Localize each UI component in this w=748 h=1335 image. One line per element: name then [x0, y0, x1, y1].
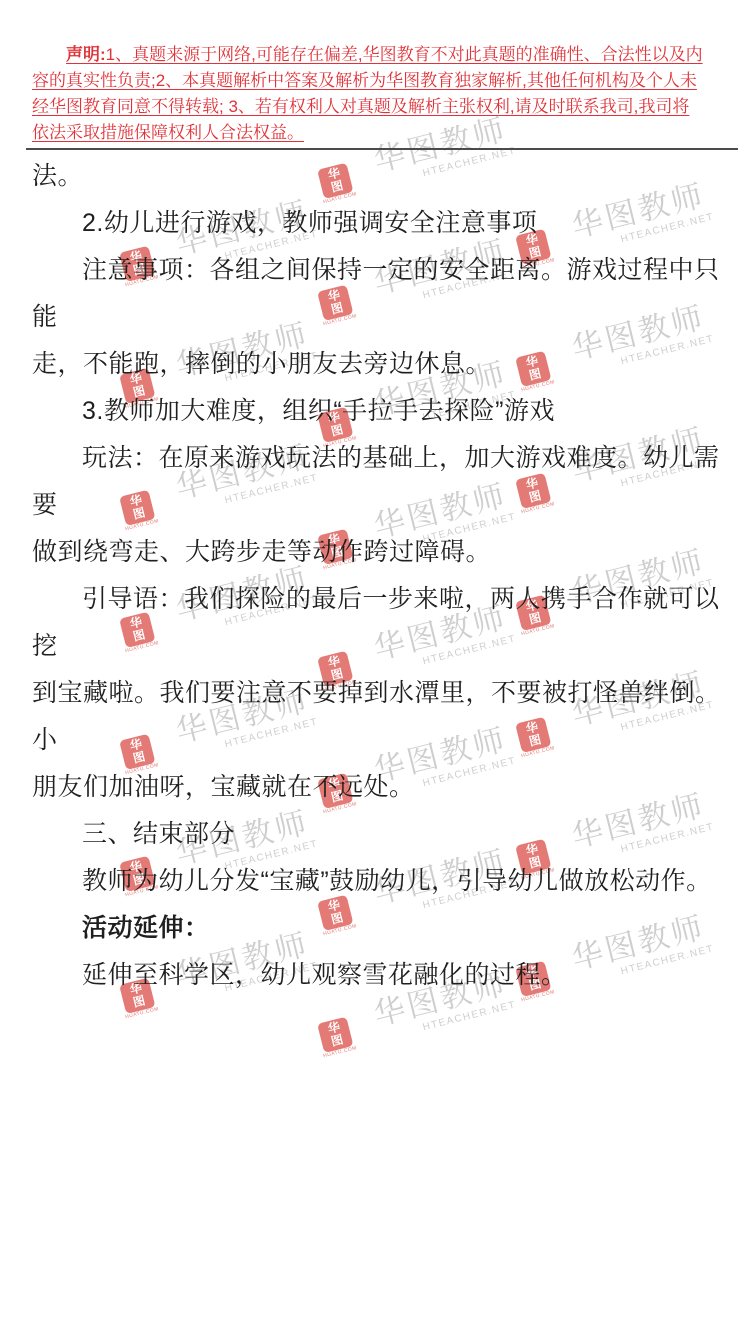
document-content: 声明:1、真题来源于网络,可能存在偏差,华图教育不对此真题的准确性、合法性以及内… — [0, 0, 748, 999]
huatu-logo-icon: 华图HUATU.COM — [299, 1012, 376, 1068]
body-paragraph: 2.幼儿进行游戏，教师强调安全注意事项 — [32, 200, 740, 247]
disclaimer-label: 声明: — [66, 45, 106, 64]
body-paragraph: 3.教师加大难度，组织“手拉手去探险”游戏 — [32, 388, 740, 435]
body-paragraph: 三、结束部分 — [32, 811, 740, 858]
disclaimer-text: 1、真题来源于网络,可能存在偏差,华图教育不对此真题的准确性、合法性以及内 容的… — [32, 45, 703, 142]
body-paragraph: 玩法：在原来游戏玩法的基础上，加大游戏难度。幼儿需要 做到绕弯走、大跨步走等动作… — [32, 435, 740, 576]
huatu-logo-caption: HUATU.COM — [125, 1006, 160, 1020]
watermark-domain-text: HTEACHER.NET — [422, 999, 518, 1033]
body-paragraph: 法。 — [32, 153, 740, 200]
huatu-logo-caption: HUATU.COM — [323, 1045, 358, 1059]
body-paragraph: 注意事项：各组之间保持一定的安全距离。游戏过程中只能 走，不能跑，摔倒的小朋友去… — [32, 247, 740, 388]
body-paragraph: 引导语：我们探险的最后一步来啦，两人携手合作就可以挖 到宝藏啦。我们要注意不要掉… — [32, 576, 740, 811]
body-paragraph: 延伸至科学区，幼儿观察雪花融化的过程。 — [32, 952, 740, 999]
body-paragraph: 教师为幼儿分发“宝藏”鼓励幼儿，引导幼儿做放松动作。 — [32, 858, 740, 905]
section-heading: 活动延伸： — [32, 905, 740, 952]
divider-line — [26, 148, 738, 150]
body-text: 法。 2.幼儿进行游戏，教师强调安全注意事项 注意事项：各组之间保持一定的安全距… — [32, 153, 740, 999]
document-page: 华图HUATU.COM华图教师HTEACHER.NET华图HUATU.COM华图… — [0, 0, 748, 1335]
disclaimer-notice: 声明:1、真题来源于网络,可能存在偏差,华图教育不对此真题的准确性、合法性以及内… — [32, 0, 735, 146]
